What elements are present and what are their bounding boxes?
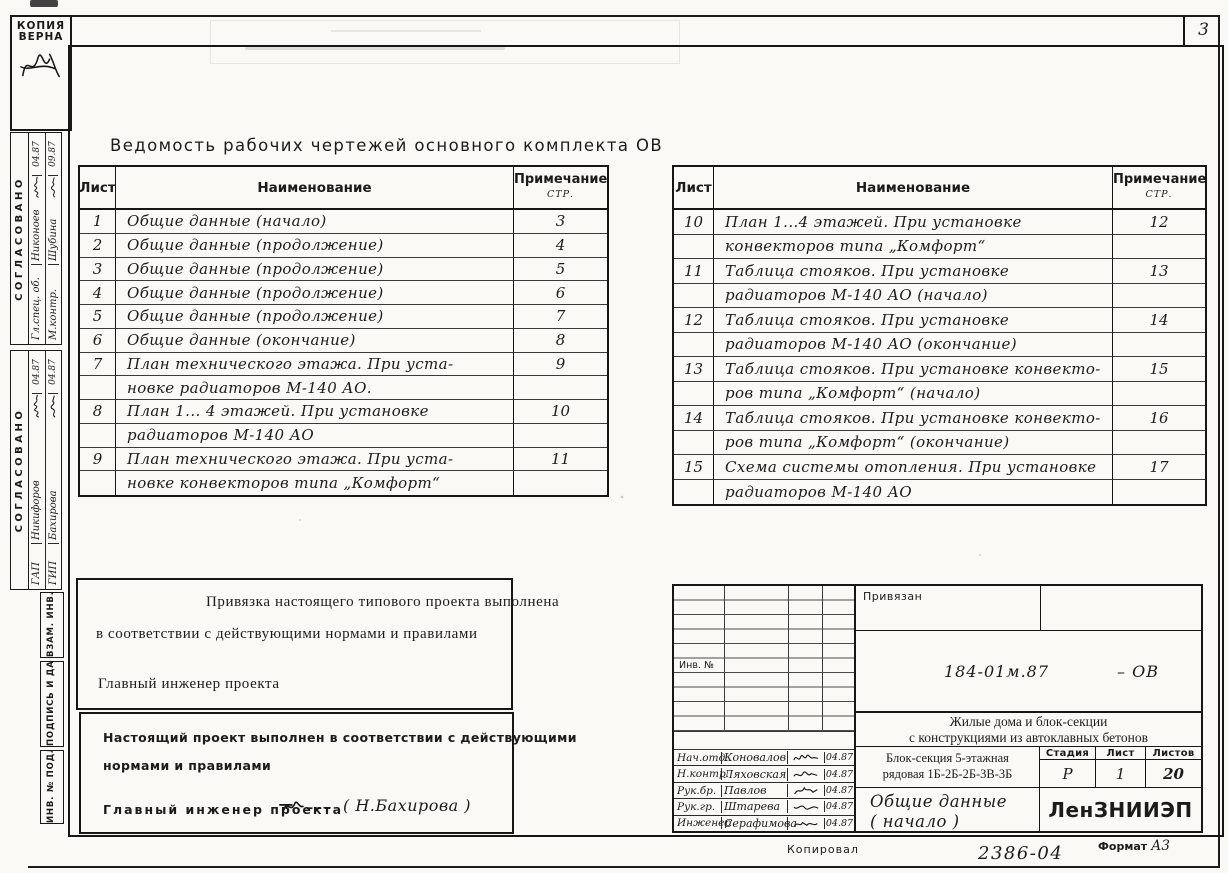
- row-name: Таблица стояков. При установке: [714, 259, 1112, 284]
- sign-date: 04.87: [825, 752, 854, 763]
- row-note: [1112, 431, 1205, 456]
- row-note: [1112, 284, 1205, 309]
- sign-role: Н.контр.: [674, 768, 722, 780]
- row-name: План 1...4 этажей. При установке: [714, 210, 1112, 235]
- project-name: Жилые дома и блок-секции с конструкциями…: [856, 713, 1201, 747]
- note-line: в соответствии с действующими нормами и …: [96, 626, 478, 643]
- row-sheet-num: 14: [674, 406, 714, 431]
- col-header-name: Наименование: [116, 167, 513, 208]
- approver-role: ГАП: [31, 543, 42, 589]
- row-name: Общие данные (продолжение): [116, 258, 513, 282]
- outer-top-edge: [28, 15, 1220, 17]
- row-sheet-num: [674, 333, 714, 358]
- note-line: нормами и правилами: [103, 758, 271, 773]
- approver-name: Бахирова: [48, 418, 59, 543]
- organization-name: ЛенЗНИИЭП: [1040, 788, 1201, 831]
- stage-label: Стадия: [1040, 747, 1096, 760]
- object-row: Блок-секция 5-этажная рядовая 1Б-2Б-2Б-3…: [856, 747, 1201, 788]
- drawing-list-table-left: Лист Наименование Примечание СТР. 1Общие…: [78, 165, 609, 497]
- stage-value: Р: [1040, 760, 1096, 787]
- copy-true-stamp: КОПИЯ ВЕРНА: [10, 15, 72, 131]
- row-note: 8: [513, 329, 607, 353]
- row-note: 14: [1112, 308, 1205, 333]
- row-note: 17: [1112, 455, 1205, 480]
- approval-label: СОГЛАСОВАНО: [11, 133, 29, 344]
- sign-date: 04.87: [825, 801, 854, 812]
- note-line: Настоящий проект выполнен в соответствии…: [103, 730, 577, 745]
- row-sheet-num: 11: [674, 259, 714, 284]
- row-note: 4: [513, 234, 607, 258]
- row-sheet-num: [674, 480, 714, 505]
- row-name: Схема системы отопления. При установке: [714, 455, 1112, 480]
- row-name: конвекторов типа „Комфорт“: [714, 235, 1112, 260]
- row-name: Общие данные (продолжение): [116, 234, 513, 258]
- row-sheet-num: 6: [80, 329, 116, 353]
- signature-scribble: [793, 752, 819, 763]
- row-sheet-num: 10: [674, 210, 714, 235]
- sign-role: Рук.бр.: [674, 785, 722, 797]
- row-name: радиаторов М-140 АО: [116, 424, 513, 448]
- approval-date: 09.87: [48, 133, 58, 176]
- approval-date: 04.87: [32, 351, 42, 394]
- signature-name: ( Н.Бахирова ): [343, 796, 471, 815]
- signoff-label: Главный инженер проекта: [98, 676, 280, 693]
- row-note: [513, 424, 607, 448]
- sign-name: Ляховская: [722, 768, 788, 781]
- row-name: радиаторов М-140 АО: [714, 480, 1112, 505]
- format-value: А3: [1151, 838, 1170, 854]
- sheets-value: 20: [1146, 760, 1201, 787]
- row-name: радиаторов М-140 АО (окончание): [714, 333, 1112, 358]
- sign-role: Рук.гр.: [674, 801, 722, 813]
- privyazan-label: Привязан: [863, 590, 922, 603]
- approver-role: Гл.спец. об.: [31, 264, 42, 344]
- row-name: ров типа „Комфорт“ (начало): [714, 382, 1112, 407]
- row-note: 16: [1112, 406, 1205, 431]
- signature-scribble: [48, 394, 59, 418]
- sign-date: 04.87: [825, 785, 854, 796]
- doc-title-row: Общие данные ( начало ) ЛенЗНИИЭП: [856, 788, 1201, 831]
- sign-name: Штарева: [722, 800, 788, 813]
- row-note: 15: [1112, 357, 1205, 382]
- signature-scribble: [48, 176, 59, 198]
- row-name: ров типа „Комфорт“ (окончание): [714, 431, 1112, 456]
- faded-stamp: [210, 20, 680, 64]
- stage-sheet-grid: Стадия Лист Листов Р 1 20: [1040, 747, 1201, 787]
- approval-date: 04.87: [32, 133, 42, 176]
- row-sheet-num: 3: [80, 258, 116, 282]
- title-block-right: Привязан 184-01м.87 – ОВ Жилые дома и бл…: [856, 586, 1201, 831]
- col-header-note: Примечание СТР.: [513, 167, 607, 208]
- row-note: 6: [513, 281, 607, 305]
- sign-date: 04.87: [825, 769, 854, 780]
- row-note: [1112, 235, 1205, 260]
- row-sheet-num: 13: [674, 357, 714, 382]
- row-sheet-num: 4: [80, 281, 116, 305]
- row-name: Общие данные (окончание): [116, 329, 513, 353]
- approval-date: 04.87: [48, 351, 58, 394]
- signature-scribble: [18, 43, 64, 85]
- row-sheet-num: [80, 471, 116, 495]
- row-name: План 1... 4 этажей. При установке: [116, 400, 513, 424]
- row-name: Общие данные (продолжение): [116, 305, 513, 329]
- note-box-binding: Привязка настоящего типового проекта вып…: [76, 578, 513, 710]
- row-note: 7: [513, 305, 607, 329]
- signature-scribble: [793, 785, 819, 796]
- col-header-sheet: Лист: [674, 167, 714, 208]
- sheet-number-box: 3: [1183, 15, 1222, 47]
- row-name: Общие данные (продолжение): [116, 281, 513, 305]
- row-note: [1112, 382, 1205, 407]
- row-note: [1112, 333, 1205, 358]
- note-box-compliance: Настоящий проект выполнен в соответствии…: [79, 712, 514, 834]
- row-name: радиаторов М-140 АО (начало): [714, 284, 1112, 309]
- margin-label-podpis-data: ПОДПИСЬ И ДАТА: [40, 661, 64, 747]
- row-sheet-num: 8: [80, 400, 116, 424]
- approver-role: ГИП: [48, 543, 59, 589]
- object-name: Блок-секция 5-этажная рядовая 1Б-2Б-2Б-3…: [856, 747, 1040, 787]
- col-header-sheet: Лист: [80, 167, 116, 208]
- row-note: 9: [513, 353, 607, 377]
- row-sheet-num: 2: [80, 234, 116, 258]
- drawing-list-table-right: Лист Наименование Примечание СТР. 10План…: [672, 165, 1207, 506]
- signature-scribble: [793, 818, 819, 829]
- approver-name: Шубина: [48, 198, 59, 264]
- row-sheet-num: [674, 235, 714, 260]
- series-row: 184-01м.87 – ОВ: [856, 631, 1201, 713]
- format-label: ФорматА3: [1098, 838, 1170, 854]
- row-note: 10: [513, 400, 607, 424]
- row-sheet-num: 9: [80, 448, 116, 472]
- sheet-value: 1: [1096, 760, 1146, 787]
- row-name: Общие данные (начало): [116, 210, 513, 234]
- signature-rows: Нач.отд. Коновалов 04.87 Н.контр. Ляховс…: [674, 731, 854, 831]
- col-header-name: Наименование: [714, 167, 1112, 208]
- copy-stamp-line2: ВЕРНА: [12, 32, 70, 43]
- title-block-grid: [674, 586, 854, 731]
- row-note: 12: [1112, 210, 1205, 235]
- row-note: [1112, 480, 1205, 505]
- approver-role: М.контр.: [48, 264, 59, 344]
- row-note: 13: [1112, 259, 1205, 284]
- doc-title: Общие данные ( начало ): [856, 788, 1040, 831]
- series-suffix: – ОВ: [1117, 662, 1159, 681]
- sign-role: Инженер: [674, 817, 722, 829]
- approval-block-2: СОГЛАСОВАНО ГАП Никифоров 04.87 ГИП Бахи…: [10, 350, 62, 590]
- row-sheet-num: 1: [80, 210, 116, 234]
- row-note: 3: [513, 210, 607, 234]
- sheet-number: 3: [1198, 20, 1209, 40]
- sheets-label: Листов: [1146, 747, 1201, 760]
- signature-scribble: [31, 394, 42, 418]
- row-sheet-num: [674, 382, 714, 407]
- col-header-note: Примечание СТР.: [1112, 167, 1205, 208]
- row-sheet-num: [80, 376, 116, 400]
- approver-name: Никоноев: [31, 198, 42, 264]
- series-code: 184-01м.87: [944, 662, 1049, 681]
- row-name: новке радиаторов М-140 АО.: [116, 376, 513, 400]
- row-note: 11: [513, 448, 607, 472]
- signature-scribble: [793, 801, 819, 812]
- sign-name: Серафимова: [722, 817, 788, 830]
- row-name: новке конвекторов типа „Комфорт“: [116, 471, 513, 495]
- row-sheet-num: 5: [80, 305, 116, 329]
- note-line: Привязка настоящего типового проекта вып…: [206, 594, 559, 611]
- document-code: 2386-04: [978, 843, 1063, 864]
- row-sheet-num: [80, 424, 116, 448]
- margin-label-inv-podl: ИНВ. № ПОДЛ.: [40, 750, 64, 824]
- row-note: [513, 376, 607, 400]
- row-name: План технического этажа. При уста-: [116, 353, 513, 377]
- approval-label: СОГЛАСОВАНО: [11, 351, 29, 589]
- page-title: Ведомость рабочих чертежей основного ком…: [110, 136, 605, 155]
- title-block: Инв. № Нач.отд. Коновалов 04.87 Н.контр.…: [672, 584, 1203, 833]
- row-note: [513, 471, 607, 495]
- inventory-number-label: Инв. №: [677, 660, 716, 671]
- scan-smudge: [30, 0, 58, 7]
- approval-block-1: СОГЛАСОВАНО Гл.спец. об. Никоноев 04.87 …: [10, 132, 62, 345]
- sign-name: Коновалов: [722, 751, 788, 764]
- row-name: Таблица стояков. При установке конвекто-: [714, 406, 1112, 431]
- row-name: Таблица стояков. При установке: [714, 308, 1112, 333]
- row-name: План технического этажа. При уста-: [116, 448, 513, 472]
- title-block-left-grid: Инв. № Нач.отд. Коновалов 04.87 Н.контр.…: [674, 586, 856, 831]
- margin-label-vzam-inv: ВЗАМ. ИНВ. №: [40, 592, 64, 658]
- scanned-drawing-sheet: 3 КОПИЯ ВЕРНА СОГЛАСОВАНО Гл.спец. об. Н…: [0, 0, 1228, 873]
- row-sheet-num: 7: [80, 353, 116, 377]
- signature-scribble: [31, 176, 42, 198]
- sign-date: 04.87: [825, 818, 854, 829]
- sign-name: Павлов: [722, 784, 788, 797]
- row-sheet-num: 15: [674, 455, 714, 480]
- signature-scribble: [793, 769, 819, 780]
- signature-scribble: [277, 796, 339, 816]
- row-sheet-num: [674, 431, 714, 456]
- outer-bottom-edge: [28, 866, 1220, 868]
- row-name: Таблица стояков. При установке конвекто-: [714, 357, 1112, 382]
- sign-role: Нач.отд.: [674, 752, 722, 764]
- row-note: 5: [513, 258, 607, 282]
- row-sheet-num: [674, 284, 714, 309]
- approver-name: Никифоров: [31, 418, 42, 543]
- privyazan-row: Привязан: [856, 586, 1201, 631]
- kopiroval-label: Копировал: [787, 843, 859, 856]
- row-sheet-num: 12: [674, 308, 714, 333]
- sheet-label: Лист: [1096, 747, 1146, 760]
